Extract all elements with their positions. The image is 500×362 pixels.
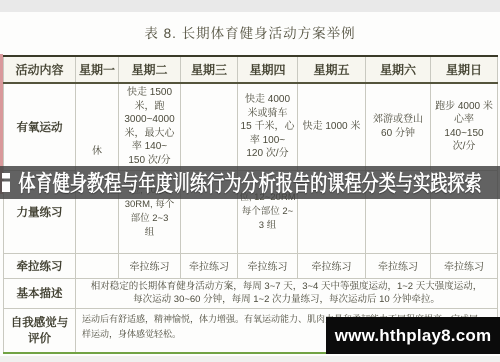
header-row: 活动内容 星期一 星期二 星期三 星期四 星期五 星期六 星期日 bbox=[4, 56, 498, 83]
col-header-activity: 活动内容 bbox=[4, 56, 76, 83]
row-label-stretch: 牵拉练习 bbox=[4, 253, 76, 278]
cell-stretch-wednesday: 牵拉练习 bbox=[181, 253, 238, 278]
col-header-tuesday: 星期二 bbox=[119, 56, 181, 83]
overlay-banner: 体育健身教程与年度训练行为分析报告的课程分类与实践探索 bbox=[0, 166, 500, 199]
cell-aerobic-tuesday: 快走 1500 米，跑 3000~4000 米，最大心 率 140~ 150 次… bbox=[119, 83, 181, 170]
bottom-strip bbox=[0, 356, 500, 362]
cell-stretch-monday bbox=[76, 253, 119, 278]
fitness-plan-table: 活动内容 星期一 星期二 星期三 星期四 星期五 星期六 星期日 有氧运动 休 … bbox=[3, 55, 498, 354]
banner-clipped-glyph bbox=[2, 173, 10, 192]
cell-aerobic-saturday: 郊游或登山 60 分钟 bbox=[366, 83, 431, 170]
top-strip bbox=[0, 0, 500, 12]
col-header-monday: 星期一 bbox=[76, 56, 119, 83]
cell-aerobic-sunday: 跑步 4000 米 心率 140~150 次/分 bbox=[431, 83, 498, 170]
row-basic-description: 基本描述 相对稳定的长期体育健身活动方案，每周 3~7 天，3~4 天中等强度运… bbox=[4, 278, 498, 308]
table-title: 表 8. 长期体育健身活动方案举例 bbox=[0, 22, 500, 42]
row-aerobic: 有氧运动 休 快走 1500 米，跑 3000~4000 米，最大心 率 140… bbox=[4, 83, 498, 170]
row-label-basic-description: 基本描述 bbox=[4, 278, 76, 308]
row-label-self-evaluation: 自我感觉与 评价 bbox=[4, 308, 76, 353]
row-stretch: 牵拉练习 牵拉练习 牵拉练习 牵拉练习 牵拉练习 牵拉练习 牵拉练习 bbox=[4, 253, 498, 278]
overlay-banner-text: 体育健身教程与年度训练行为分析报告的课程分类与实践探索 bbox=[18, 167, 481, 198]
cell-stretch-sunday: 牵拉练习 bbox=[431, 253, 498, 278]
cell-aerobic-friday: 快走 1000 米 bbox=[298, 83, 366, 170]
page: 表 8. 长期体育健身活动方案举例 活动内容 星期一 星期二 星期三 星期四 星… bbox=[0, 0, 500, 362]
cell-aerobic-wednesday bbox=[181, 83, 238, 170]
col-header-saturday: 星期六 bbox=[366, 56, 431, 83]
cell-stretch-friday: 牵拉练习 bbox=[298, 253, 366, 278]
col-header-wednesday: 星期三 bbox=[181, 56, 238, 83]
watermark-text: www.hthplay8.com bbox=[335, 326, 492, 346]
cell-aerobic-thursday: 快走 4000 米或骑车 15 千米，心 率 100~ 120 次/分 bbox=[238, 83, 298, 170]
col-header-thursday: 星期四 bbox=[238, 56, 298, 83]
cell-stretch-saturday: 牵拉练习 bbox=[366, 253, 431, 278]
row-label-aerobic: 有氧运动 bbox=[4, 83, 76, 170]
watermark: www.hthplay8.com bbox=[326, 317, 500, 354]
cell-stretch-thursday: 牵拉练习 bbox=[238, 253, 298, 278]
cell-stretch-tuesday: 牵拉练习 bbox=[119, 253, 181, 278]
col-header-sunday: 星期日 bbox=[431, 56, 498, 83]
cell-basic-description: 相对稳定的长期体育健身活动方案，每周 3~7 天，3~4 天中等强度运动，1~2… bbox=[76, 278, 498, 308]
col-header-friday: 星期五 bbox=[298, 56, 366, 83]
